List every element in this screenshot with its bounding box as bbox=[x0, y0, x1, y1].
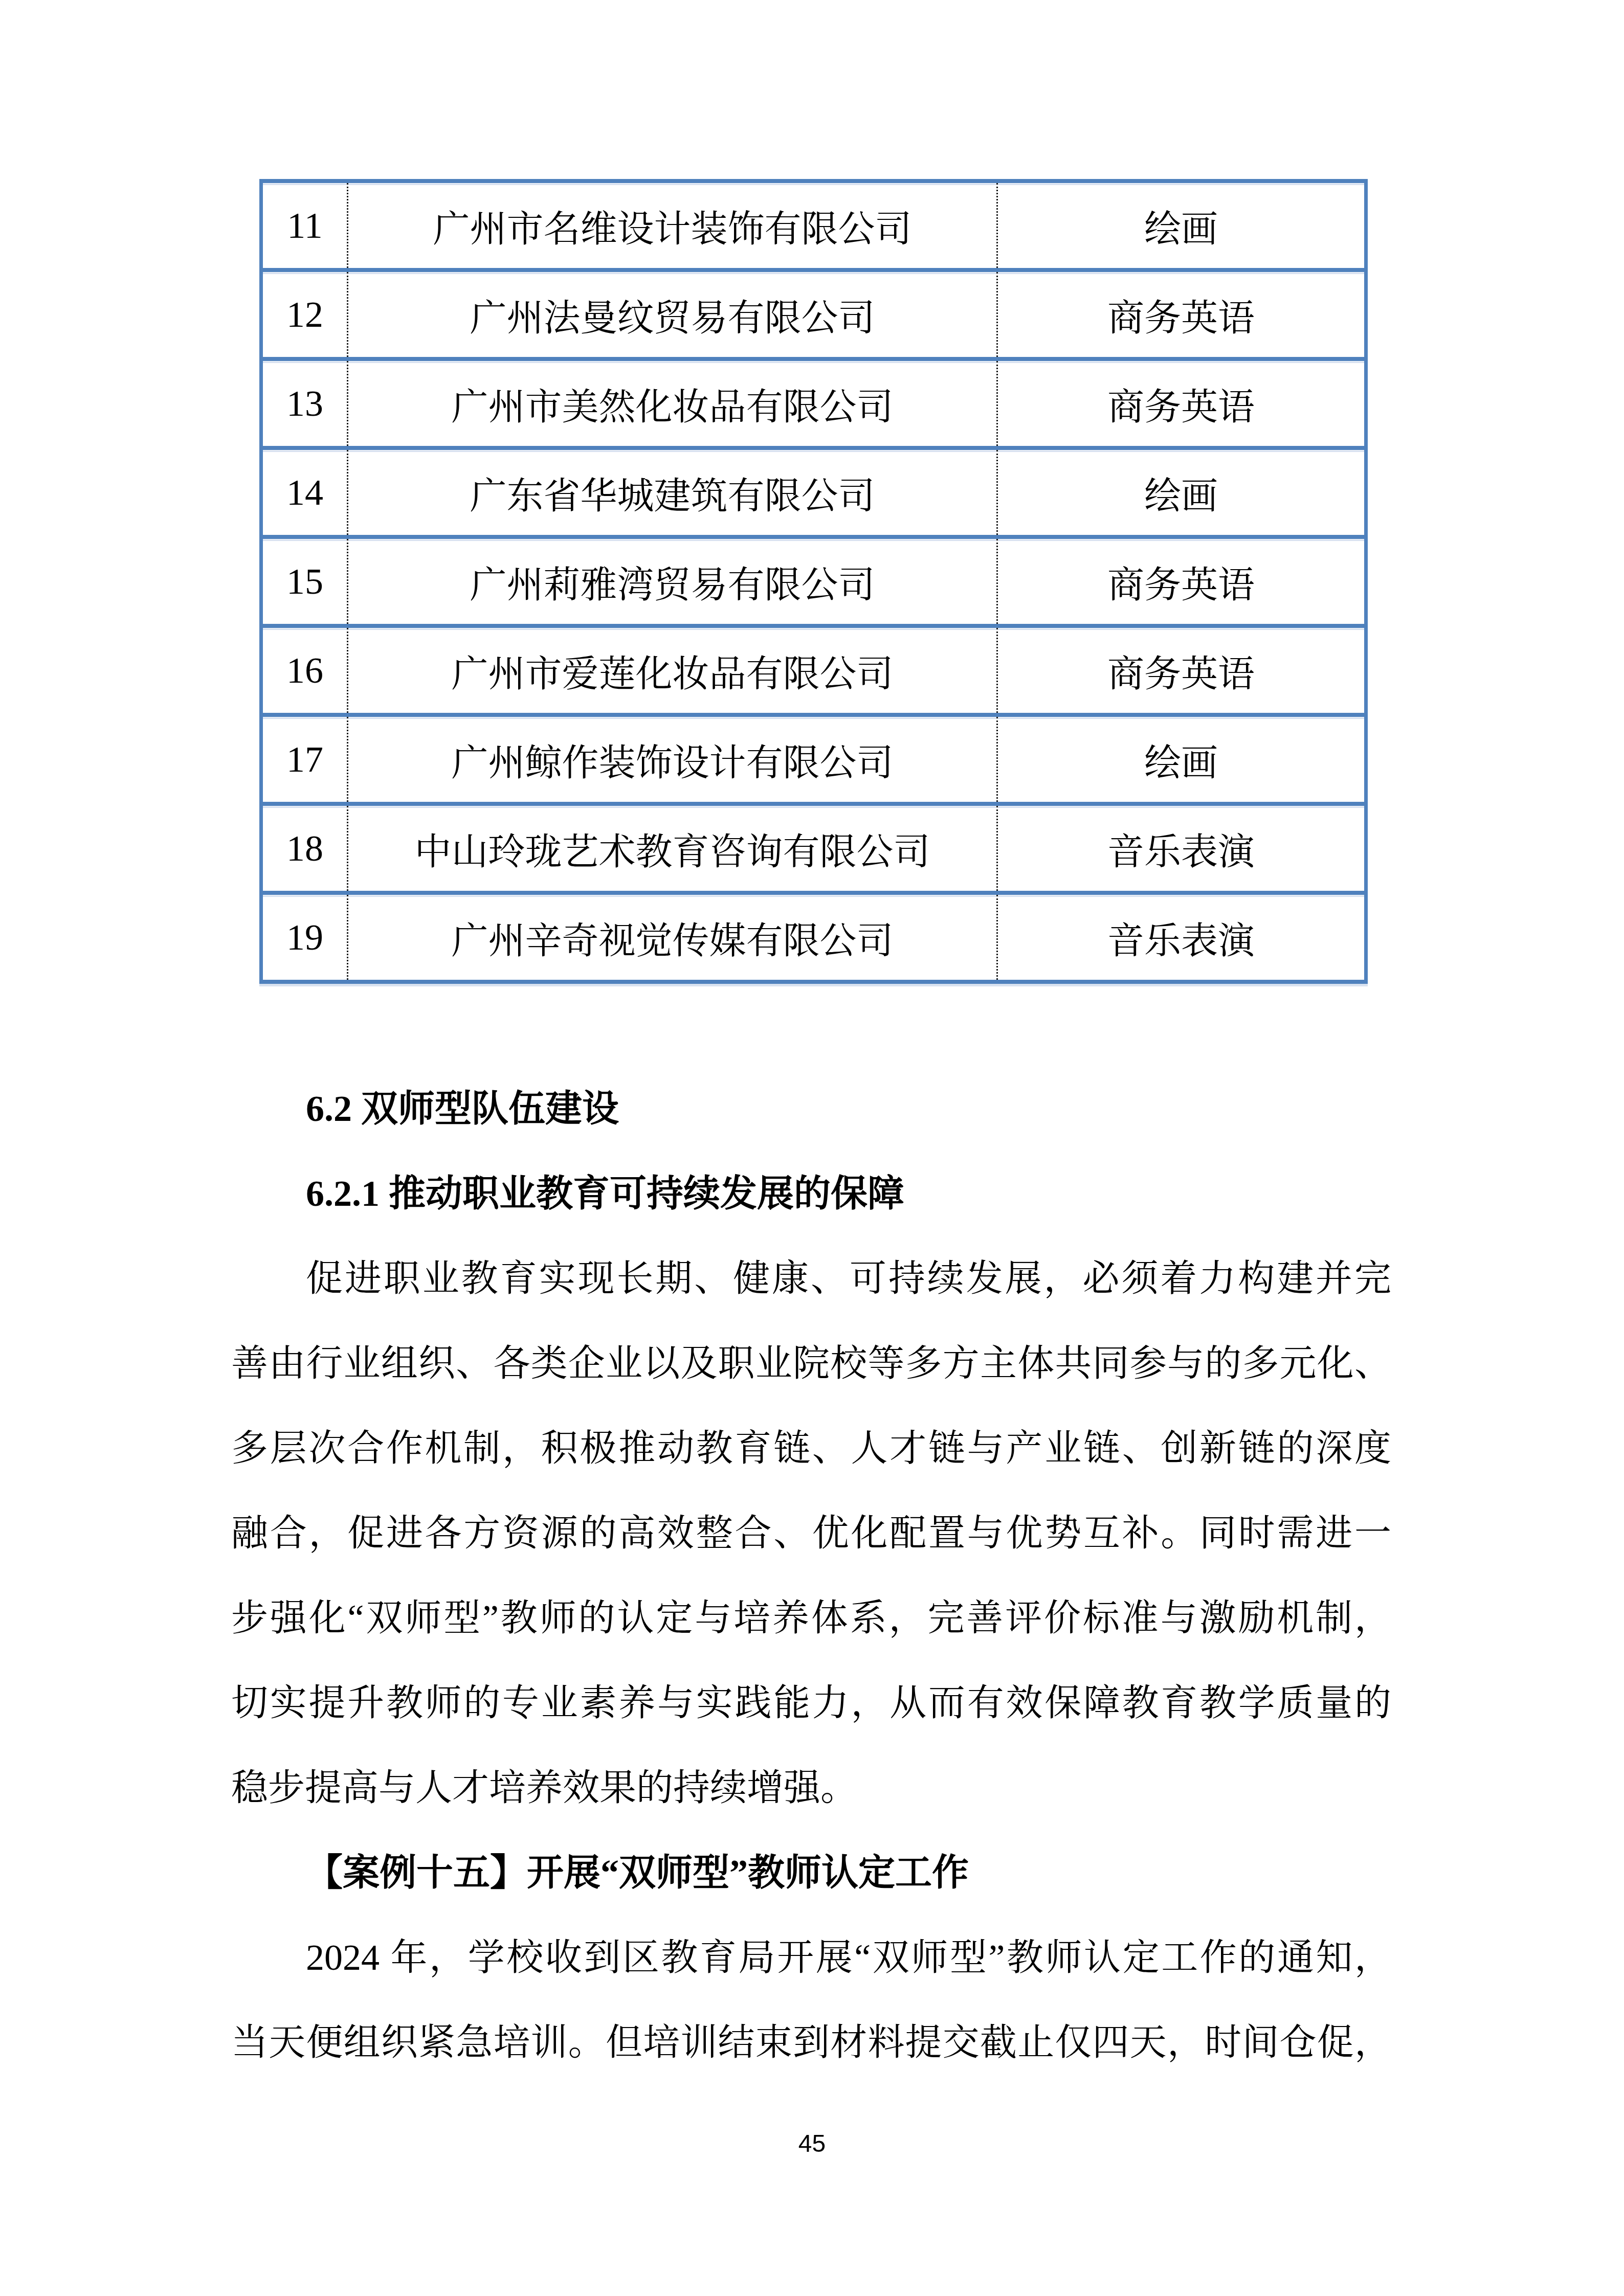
cell-subject: 绘画 bbox=[997, 181, 1366, 270]
table-row: 11广州市名维设计装饰有限公司绘画 bbox=[261, 181, 1366, 270]
table-row: 15广州莉雅湾贸易有限公司商务英语 bbox=[261, 537, 1366, 626]
partner-company-table: 11广州市名维设计装饰有限公司绘画12广州法曼纹贸易有限公司商务英语13广州市美… bbox=[259, 179, 1368, 984]
cell-company-name: 广东省华城建筑有限公司 bbox=[348, 448, 997, 537]
paragraph-line: 融合，促进各方资源的高效整合、优化配置与优势互补。同时需进一 bbox=[231, 1491, 1391, 1575]
paragraph-line: 2024 年，学校收到区教育局开展“双师型”教师认定工作的通知， bbox=[231, 1915, 1391, 2000]
cell-row-number: 19 bbox=[261, 893, 348, 982]
page-number: 45 bbox=[0, 2129, 1624, 2159]
paragraph-line: 善由行业组织、各类企业以及职业院校等多方主体共同参与的多元化、 bbox=[231, 1321, 1391, 1406]
document-page: 11广州市名维设计装饰有限公司绘画12广州法曼纹贸易有限公司商务英语13广州市美… bbox=[0, 0, 1624, 2296]
paragraph-line: 多层次合作机制，积极推动教育链、人才链与产业链、创新链的深度 bbox=[231, 1406, 1391, 1491]
cell-subject: 商务英语 bbox=[997, 270, 1366, 359]
text-flow: 6.2 双师型队伍建设6.2.1 推动职业教育可持续发展的保障促进职业教育实现长… bbox=[231, 1066, 1391, 2085]
cell-subject: 绘画 bbox=[997, 448, 1366, 537]
cell-row-number: 18 bbox=[261, 804, 348, 893]
table-row: 12广州法曼纹贸易有限公司商务英语 bbox=[261, 270, 1366, 359]
paragraph-line: 稳步提高与人才培养效果的持续增强。 bbox=[231, 1745, 1391, 1830]
cell-company-name: 中山玲珑艺术教育咨询有限公司 bbox=[348, 804, 997, 893]
cell-subject: 绘画 bbox=[997, 715, 1366, 804]
cell-subject: 音乐表演 bbox=[997, 804, 1366, 893]
section-heading-6-2-1: 6.2.1 推动职业教育可持续发展的保障 bbox=[231, 1151, 1391, 1236]
cell-company-name: 广州市爱莲化妆品有限公司 bbox=[348, 626, 997, 715]
section-heading-6-2: 6.2 双师型队伍建设 bbox=[231, 1066, 1391, 1151]
cell-row-number: 17 bbox=[261, 715, 348, 804]
paragraph-line: 切实提升教师的专业素养与实践能力，从而有效保障教育教学质量的 bbox=[231, 1660, 1391, 1745]
cell-row-number: 16 bbox=[261, 626, 348, 715]
table-row: 14广东省华城建筑有限公司绘画 bbox=[261, 448, 1366, 537]
cell-company-name: 广州市美然化妆品有限公司 bbox=[348, 359, 997, 448]
table-row: 19广州辛奇视觉传媒有限公司音乐表演 bbox=[261, 893, 1366, 982]
cell-row-number: 15 bbox=[261, 537, 348, 626]
table-row: 13广州市美然化妆品有限公司商务英语 bbox=[261, 359, 1366, 448]
cell-row-number: 12 bbox=[261, 270, 348, 359]
paragraph-line: 促进职业教育实现长期、健康、可持续发展，必须着力构建并完 bbox=[231, 1236, 1391, 1321]
cell-company-name: 广州莉雅湾贸易有限公司 bbox=[348, 537, 997, 626]
cell-subject: 音乐表演 bbox=[997, 893, 1366, 982]
table-row: 18中山玲珑艺术教育咨询有限公司音乐表演 bbox=[261, 804, 1366, 893]
cell-subject: 商务英语 bbox=[997, 537, 1366, 626]
cell-row-number: 14 bbox=[261, 448, 348, 537]
cell-company-name: 广州鲸作装饰设计有限公司 bbox=[348, 715, 997, 804]
case-heading: 【案例十五】开展“双师型”教师认定工作 bbox=[231, 1830, 1391, 1915]
cell-row-number: 11 bbox=[261, 181, 348, 270]
paragraph-line: 步强化“双师型”教师的认定与培养体系，完善评价标准与激励机制， bbox=[231, 1575, 1391, 1660]
paragraph-line: 当天便组织紧急培训。但培训结束到材料提交截止仅四天，时间仓促， bbox=[231, 2000, 1391, 2085]
cell-company-name: 广州市名维设计装饰有限公司 bbox=[348, 181, 997, 270]
table-row: 16广州市爱莲化妆品有限公司商务英语 bbox=[261, 626, 1366, 715]
cell-company-name: 广州法曼纹贸易有限公司 bbox=[348, 270, 997, 359]
cell-subject: 商务英语 bbox=[997, 626, 1366, 715]
cell-row-number: 13 bbox=[261, 359, 348, 448]
cell-subject: 商务英语 bbox=[997, 359, 1366, 448]
cell-company-name: 广州辛奇视觉传媒有限公司 bbox=[348, 893, 997, 982]
table-row: 17广州鲸作装饰设计有限公司绘画 bbox=[261, 715, 1366, 804]
